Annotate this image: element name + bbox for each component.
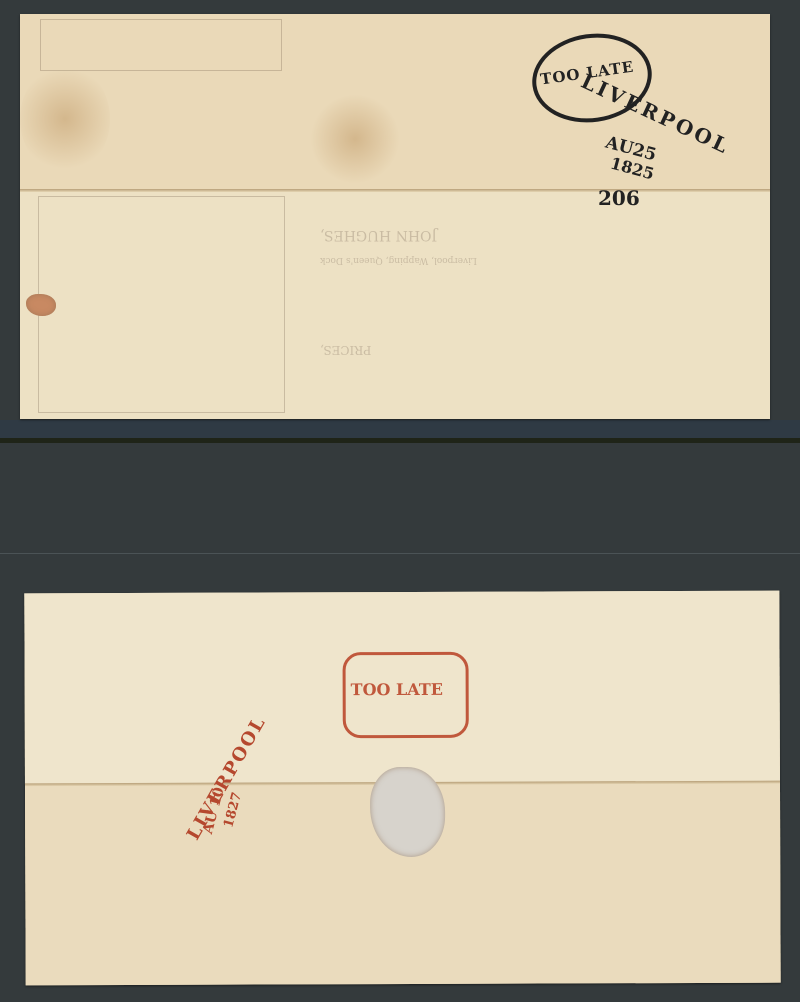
letter-cover-top: JOHN HUGHES, Liverpool, Wapping, Queen's… — [20, 14, 770, 419]
fold-line — [20, 189, 770, 192]
ghost-price-table — [40, 19, 282, 71]
letter-cover-bottom: TOO LATE LIVERPOOL AU 10 1827 — [24, 591, 780, 986]
mount-divider-bottom — [0, 553, 800, 554]
mount-divider-line — [0, 438, 800, 443]
foxing-stain — [20, 64, 110, 174]
ghost-printed-text: Liverpool, Wapping, Queen's Dock — [320, 254, 477, 266]
ghost-printed-text: JOHN HUGHES, — [320, 224, 437, 246]
ghost-price-table — [38, 196, 285, 413]
too-late-text: TOO LATE — [351, 680, 443, 699]
mount-divider-top — [0, 420, 800, 438]
ghost-printed-text: PRICES, — [320, 344, 371, 356]
foxing-stain — [310, 94, 400, 184]
datestamp-number: 206 — [598, 186, 640, 210]
wax-stain — [26, 294, 56, 316]
